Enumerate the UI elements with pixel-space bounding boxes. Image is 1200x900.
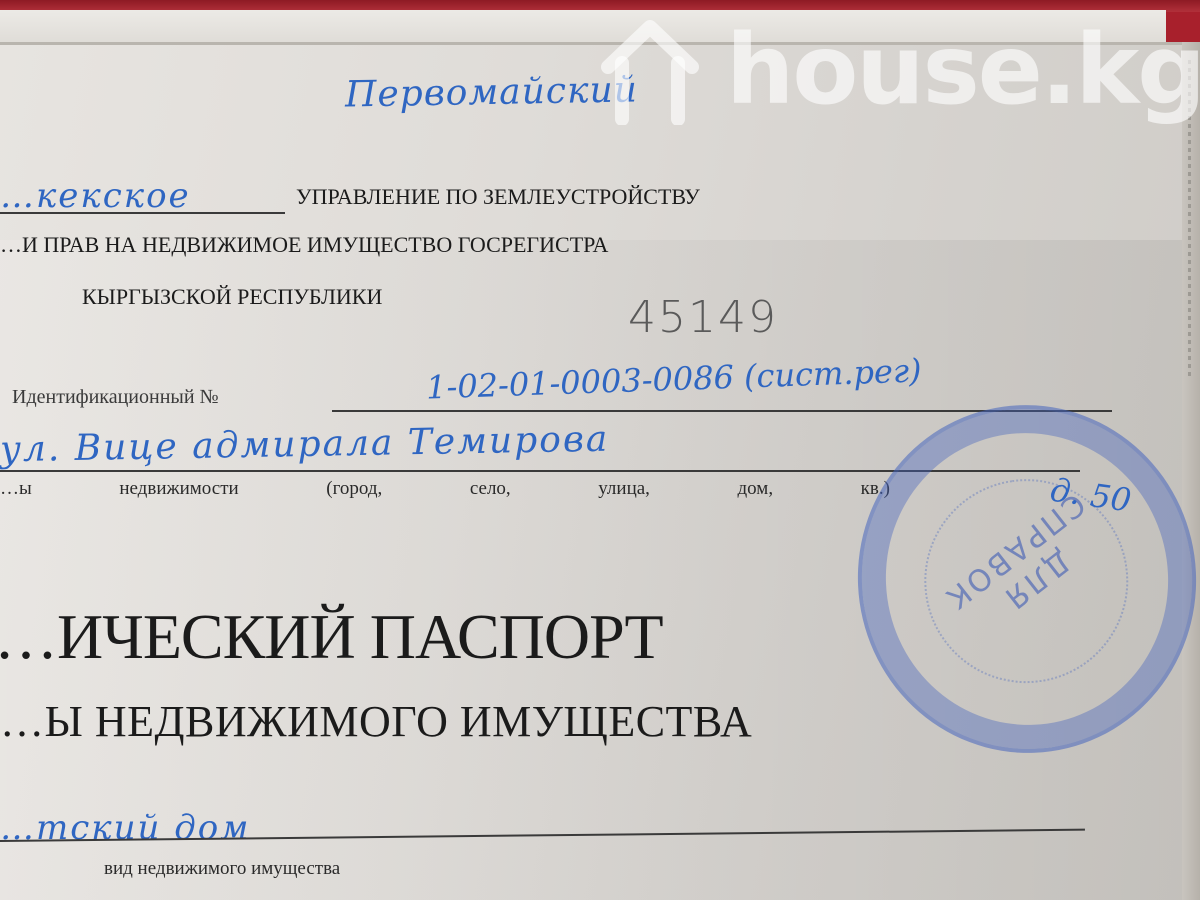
- address-caption-word: дом,: [737, 478, 773, 500]
- address-caption-word: улица,: [598, 478, 650, 500]
- id-label: Идентификационный №: [12, 386, 219, 409]
- archive-number: 45149: [628, 292, 778, 343]
- handwritten-office-name: …кекское: [0, 176, 191, 216]
- property-type-caption: вид недвижимого имущества: [104, 858, 340, 880]
- address-caption-prefix: …ы: [0, 478, 32, 500]
- address-caption-word: (город,: [326, 478, 382, 500]
- header-line-2: …И ПРАВ НА НЕДВИЖИМОЕ ИМУЩЕСТВО ГОСРЕГИС…: [0, 232, 608, 258]
- page-edge: [1182, 42, 1200, 900]
- watermark-text: house.kg: [726, 14, 1200, 126]
- watermark: house.kg: [600, 0, 1200, 140]
- header-line-1: УПРАВЛЕНИЕ ПО ЗЕМЛЕУСТРОЙСТВУ: [296, 184, 700, 210]
- title-line-2: …Ы НЕДВИЖИМОГО ИМУЩЕСТВА: [0, 696, 752, 747]
- office-underline: [0, 212, 285, 214]
- header-line-3: КЫРГЫЗСКОЙ РЕСПУБЛИКИ: [82, 284, 382, 310]
- address-caption: …ы недвижимости (город, село, улица, дом…: [0, 478, 890, 500]
- handwritten-district: Первомайский: [345, 69, 639, 115]
- property-type-value: …тский дом: [0, 808, 250, 848]
- address-caption-word: недвижимости: [119, 478, 238, 500]
- address-caption-word: село,: [470, 478, 511, 500]
- house-icon: [600, 15, 700, 125]
- title-line-1: …ИЧЕСКИЙ ПАСПОРТ: [0, 600, 663, 674]
